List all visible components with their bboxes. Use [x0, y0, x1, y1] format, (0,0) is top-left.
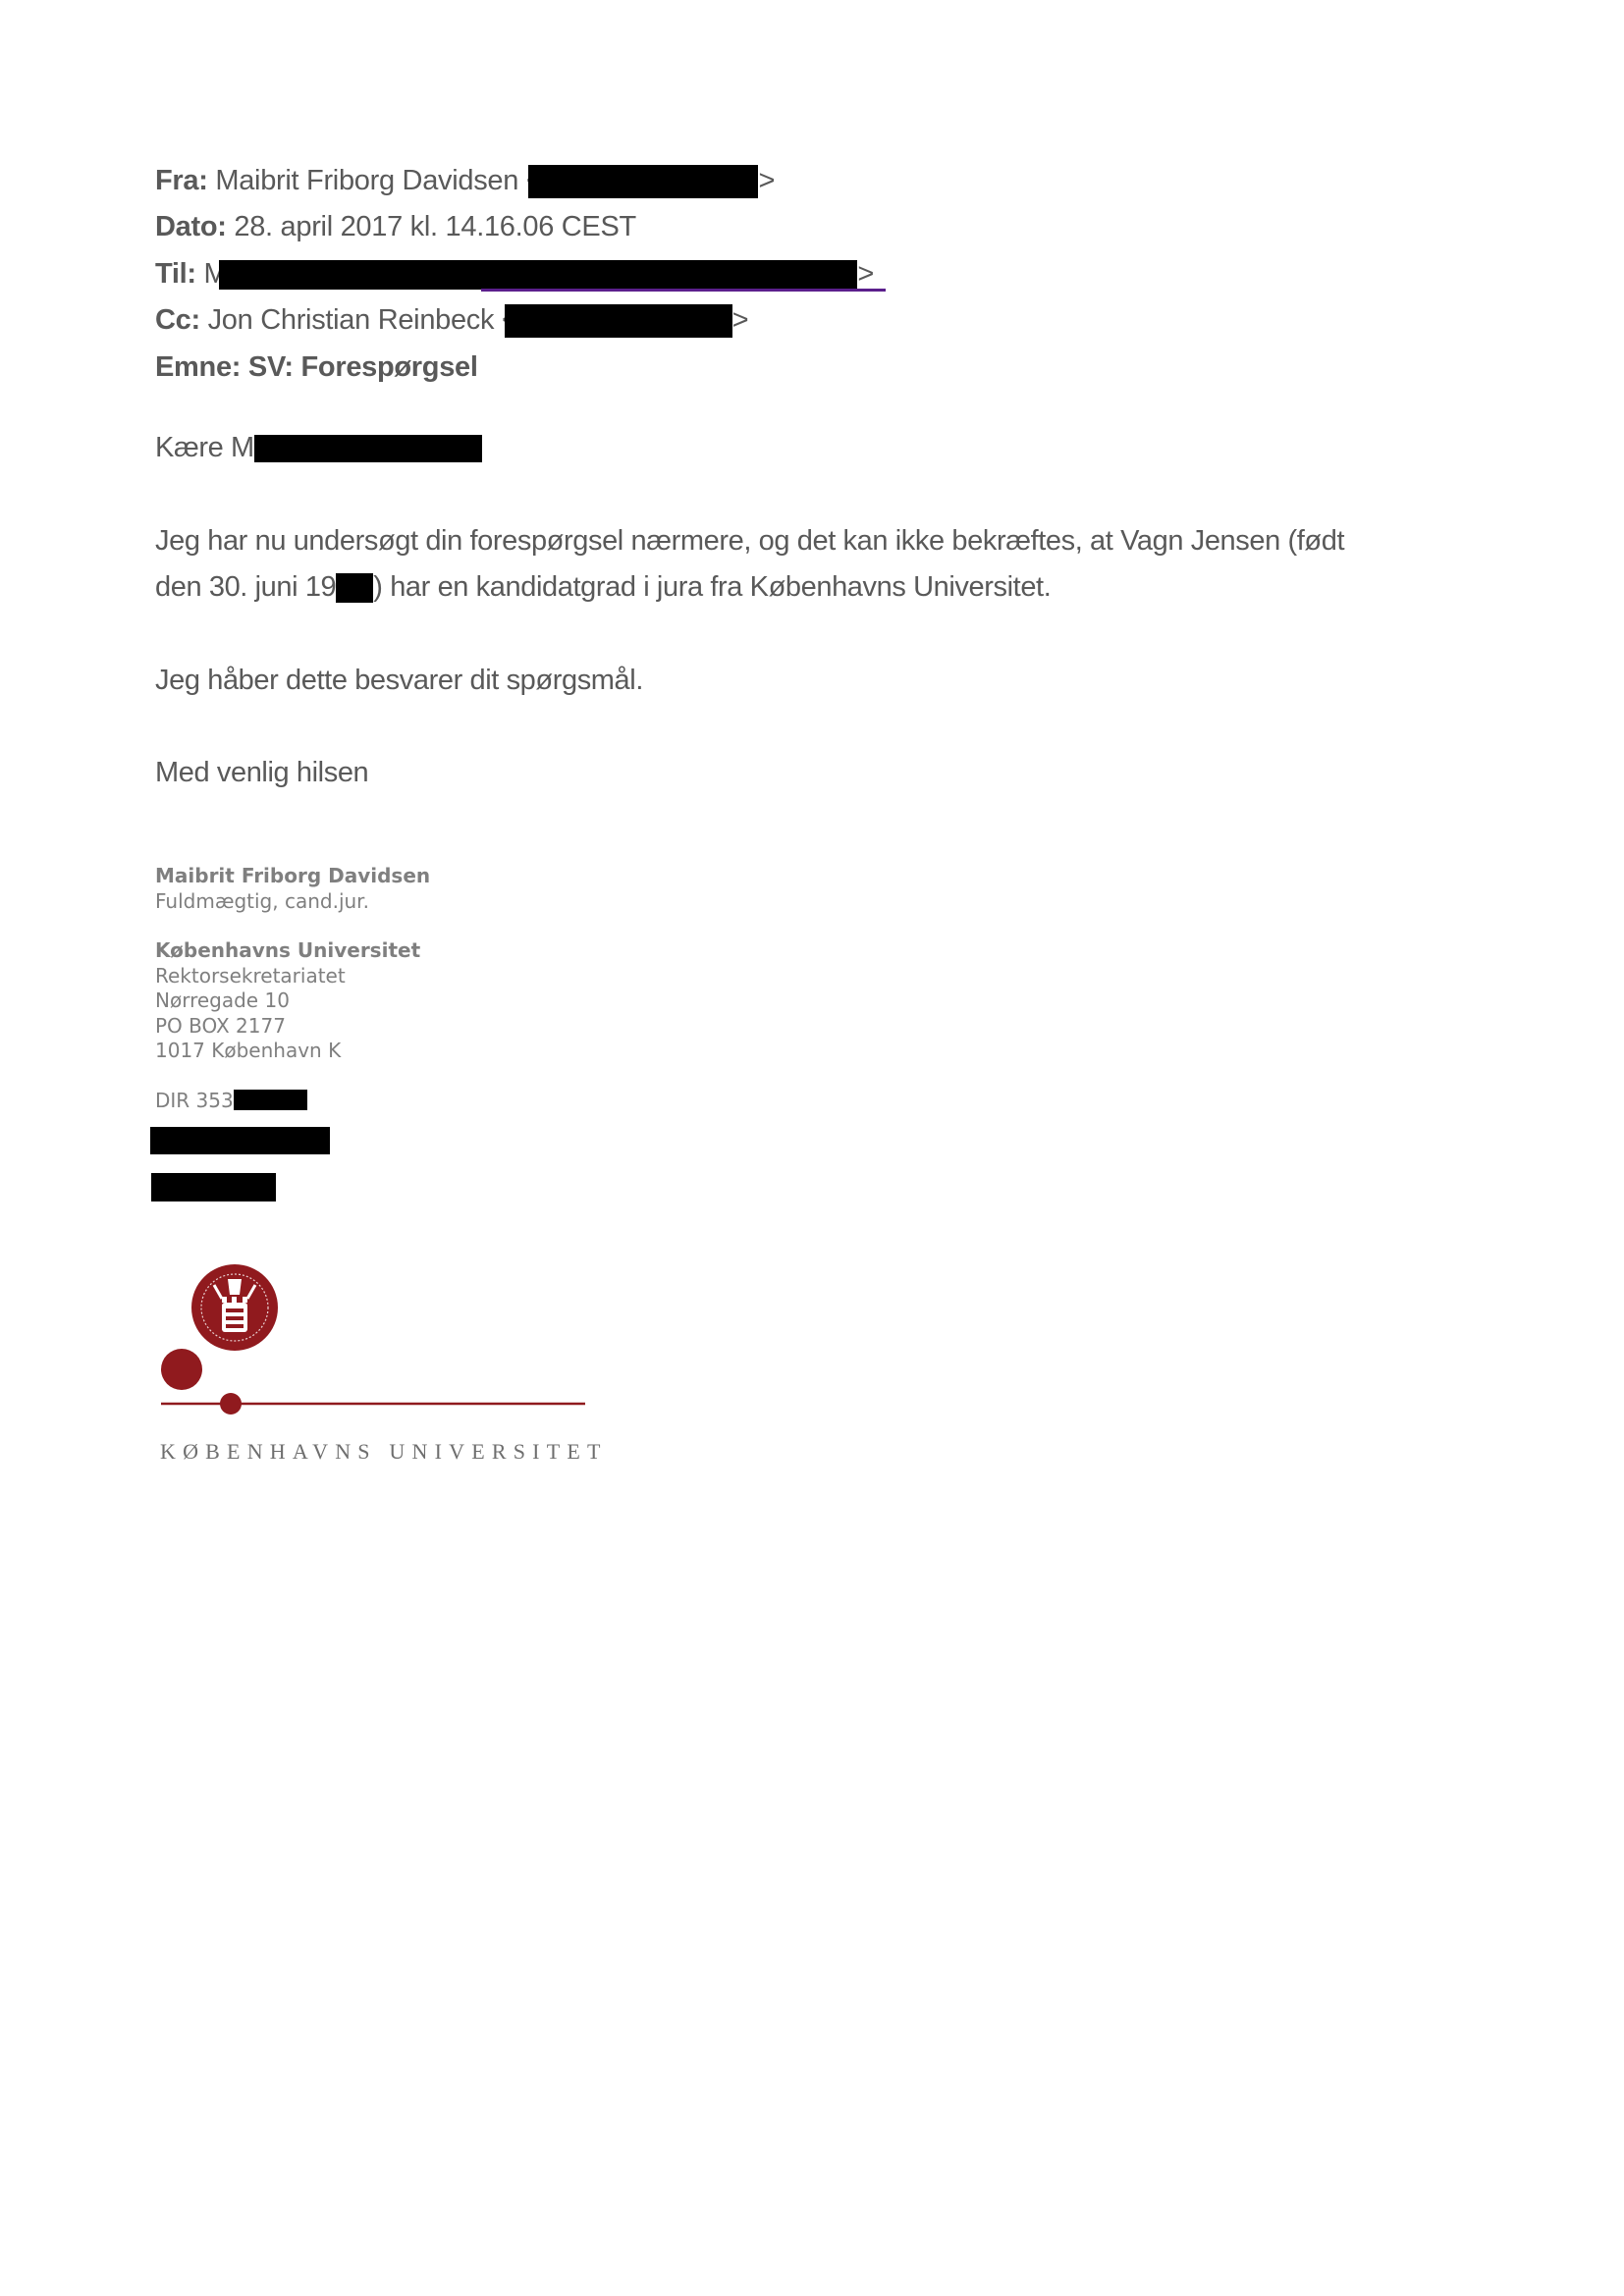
recipient-email-link-underline[interactable] [481, 289, 886, 292]
paragraph-1-line-1: Jeg har nu undersøgt din forespørgsel næ… [155, 525, 1344, 558]
paragraph-1-line-2: den 30. juni 19) har en kandidatgrad i j… [155, 571, 1051, 604]
redacted-cc-email [505, 304, 732, 338]
email-printout-page: Fra: Maibrit Friborg Davidsen <> Dato: 2… [0, 0, 1624, 2296]
signature-block: Maibrit Friborg Davidsen Fuldmægtig, can… [155, 864, 430, 1113]
date-value: 28. april 2017 kl. 14.16.06 CEST [234, 211, 636, 242]
dir-prefix: DIR 353 [155, 1089, 234, 1112]
redacted-birth-year [336, 573, 373, 603]
salutation-text: Kære M [155, 432, 254, 463]
cc-name: Jon Christian Reinbeck [208, 304, 495, 336]
birth-date-text: den 30. juni 19 [155, 571, 336, 603]
signature-department: Rektorsekretariatet [155, 964, 430, 989]
subject-line: Emne: SV: Forespørgsel [155, 351, 478, 384]
date-line: Dato: 28. april 2017 kl. 14.16.06 CEST [155, 211, 636, 243]
redacted-recipient [219, 260, 857, 290]
angle-close: > [732, 304, 749, 336]
redacted-line-2 [151, 1173, 276, 1201]
redacted-from-email [528, 165, 758, 198]
signature-city: 1017 København K [155, 1039, 430, 1064]
small-dot-icon [220, 1393, 242, 1415]
from-line: Fra: Maibrit Friborg Davidsen <> [155, 165, 775, 198]
redacted-phone [234, 1090, 307, 1110]
signature-direct-phone: DIR 353 [155, 1089, 430, 1114]
angle-close: > [857, 258, 874, 290]
paragraph-1-rest: ) har en kandidatgrad i jura fra Københa… [373, 571, 1051, 603]
closing: Med venlig hilsen [155, 757, 368, 789]
redacted-recipient-name [254, 435, 482, 462]
cc-label: Cc: [155, 304, 200, 336]
signature-street: Nørregade 10 [155, 988, 430, 1014]
redacted-line-1 [150, 1127, 330, 1154]
logo-wordmark: KØBENHAVNS UNIVERSITET [160, 1439, 608, 1465]
signature-organization: Københavns Universitet [155, 938, 420, 962]
subject-value: SV: Forespørgsel [248, 351, 478, 383]
signature-name: Maibrit Friborg Davidsen [155, 864, 430, 887]
from-label: Fra: [155, 165, 208, 196]
subject-label: Emne: [155, 351, 241, 383]
angle-close: > [758, 165, 775, 196]
salutation: Kære M [155, 432, 482, 464]
cc-line: Cc: Jon Christian Reinbeck <> [155, 304, 748, 338]
large-dot-icon [161, 1349, 202, 1390]
signature-po-box: PO BOX 2177 [155, 1014, 430, 1040]
paragraph-2: Jeg håber dette besvarer dit spørgsmål. [155, 665, 643, 697]
date-label: Dato: [155, 211, 227, 242]
signature-title: Fuldmægtig, cand.jur. [155, 889, 430, 915]
seal-icon [191, 1264, 278, 1351]
from-name: Maibrit Friborg Davidsen [215, 165, 518, 196]
to-line: Til: M> [155, 258, 874, 291]
to-label: Til: [155, 258, 196, 290]
